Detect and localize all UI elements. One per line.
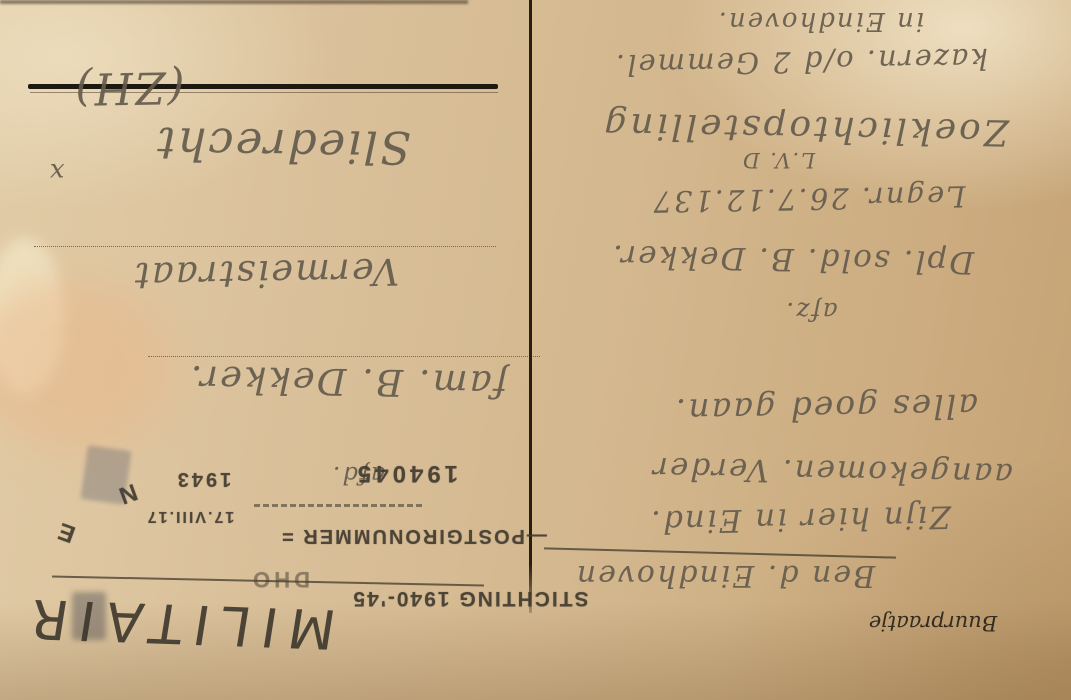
card-top-edge-shadow <box>0 0 468 4</box>
printed-caption: Buurpraatje <box>848 598 1018 648</box>
postmark-dashes <box>254 504 422 507</box>
handwriting-street: Vermeistraat <box>65 227 466 322</box>
handwriting-message-line: afz. <box>762 290 860 334</box>
ink-smudge <box>80 445 131 505</box>
handwriting-message-line: alles goed gaan. <box>615 368 1036 449</box>
handwriting-militair-marking: MILITAIR <box>0 545 357 700</box>
postcard-scan: (ZH) Sliedrecht x Vermeistraat fam. B. D… <box>0 0 1071 700</box>
handwriting-town: Sliedrecht <box>57 94 509 197</box>
handwriting-x-mark: x <box>34 146 78 198</box>
postmark-year: 1943 <box>148 460 258 498</box>
handwriting-message-line: Zijn hier in Eind. <box>546 486 1055 553</box>
handwriting-addressee: fam. B. Dekker. <box>147 331 549 433</box>
handwriting-message-line: Legnr. 26.7.12.137 <box>556 166 1062 233</box>
handwriting-message-line: Dpl. sold. B. Dekker. <box>549 224 1035 294</box>
postmark-giro-number: 194045 <box>336 450 476 496</box>
handwriting-message-line: kazern. o/d 2 Gemmel. <box>546 30 1057 95</box>
